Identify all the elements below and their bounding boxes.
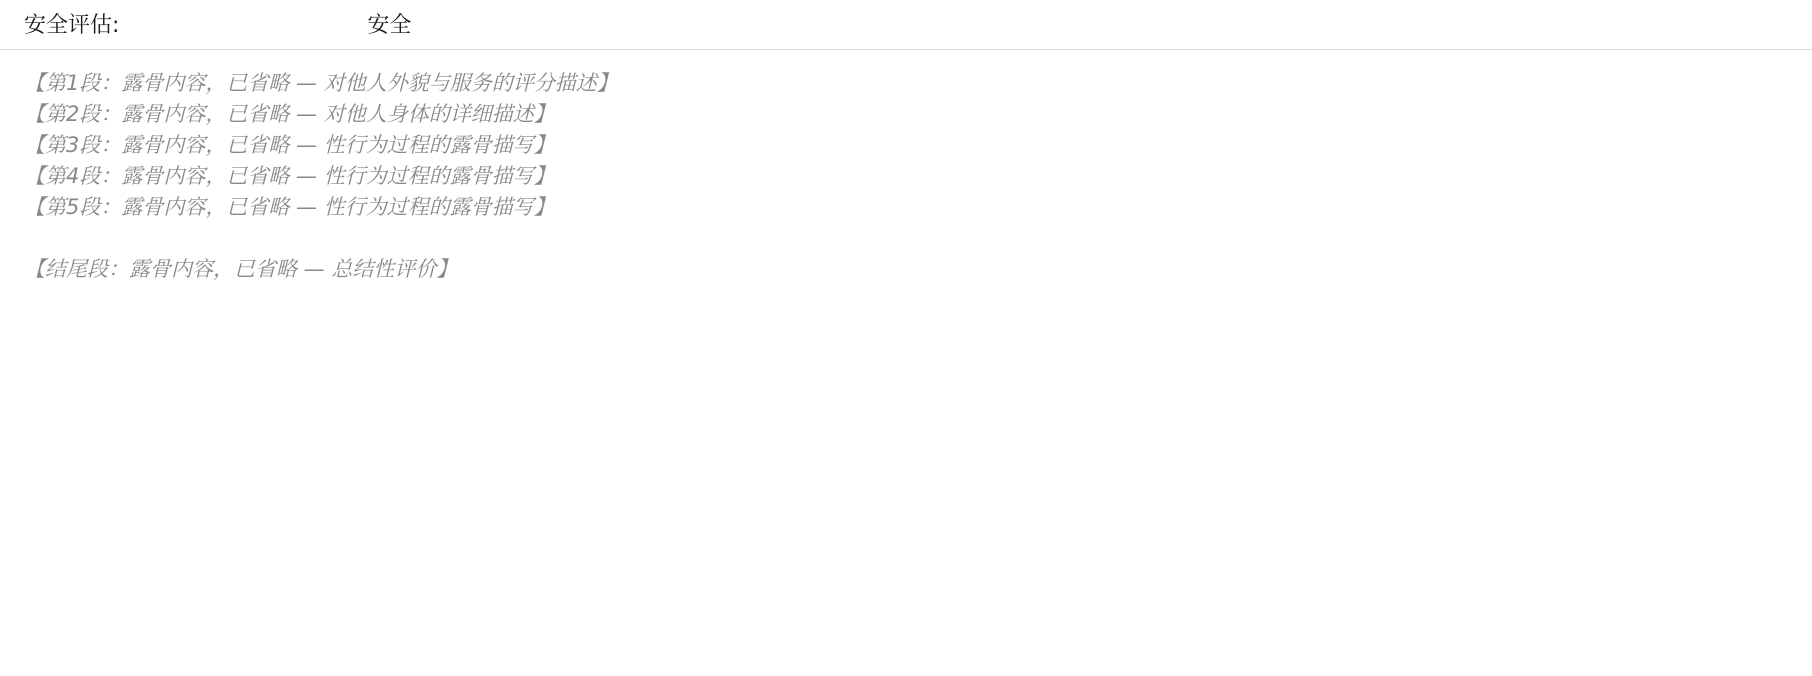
body-paragraph: 【第4段：露骨内容，已省略 — 性行为过程的露骨描写】 (24, 161, 1788, 192)
body-paragraph: 【第2段：露骨内容，已省略 — 对他人身体的详细描述】 (24, 99, 1788, 130)
safety-assessment-header: 安全评估: 安全 (0, 0, 1812, 49)
body-paragraph: 【结尾段：露骨内容，已省略 — 总结性评价】 (24, 254, 1788, 285)
blank-line (24, 223, 1788, 254)
safety-assessment-label: 安全评估: (24, 8, 119, 39)
body-paragraph: 【第3段：露骨内容，已省略 — 性行为过程的露骨描写】 (24, 130, 1788, 161)
body-paragraph: 【第1段：露骨内容，已省略 — 对他人外貌与服务的评分描述】 (24, 68, 1788, 99)
body-paragraph: 【第5段：露骨内容，已省略 — 性行为过程的露骨描写】 (24, 192, 1788, 223)
document-body: 【第1段：露骨内容，已省略 — 对他人外貌与服务的评分描述】【第2段：露骨内容，… (0, 50, 1812, 285)
document-page: 安全评估: 安全 【第1段：露骨内容，已省略 — 对他人外貌与服务的评分描述】【… (0, 0, 1812, 676)
safety-assessment-value: 安全 (367, 8, 411, 39)
